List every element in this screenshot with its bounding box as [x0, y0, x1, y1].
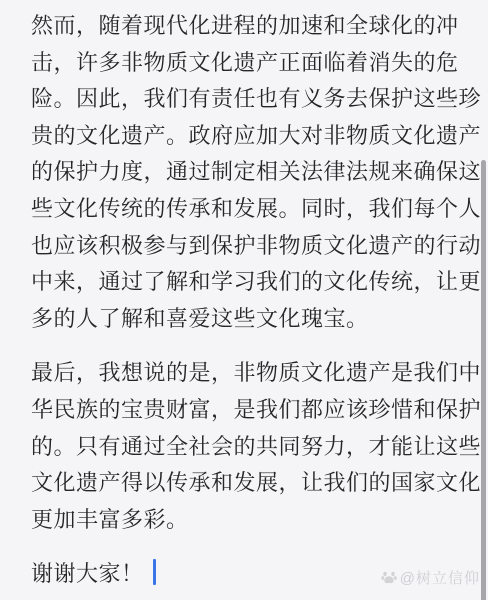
text-line: 多的人了解和喜爱这些文化瑰宝。: [31, 301, 455, 338]
text-line: 华民族的宝贵财富，是我们都应该珍惜和保护: [31, 392, 455, 429]
text-cursor: [153, 559, 156, 585]
scrollbar-thumb[interactable]: [481, 160, 486, 600]
paragraph: 然而，随着现代化进程的加速和全球化的冲击，许多非物质文化遗产正面临着消失的危险。…: [31, 8, 455, 337]
text-line: 更加丰富多彩。: [31, 502, 455, 539]
text-line: 些文化传统的传承和发展。同时，我们每个人: [31, 191, 455, 228]
text-line: 文化遗产得以传承和发展，让我们的国家文化: [31, 465, 455, 502]
document-text[interactable]: 然而，随着现代化进程的加速和全球化的冲击，许多非物质文化遗产正面临着消失的危险。…: [31, 8, 455, 593]
text-line: 贵的文化遗产。政府应加大对非物质文化遗产: [31, 118, 455, 155]
text-line: 然而，随着现代化进程的加速和全球化的冲: [31, 8, 455, 45]
paragraph: 最后，我想说的是，非物质文化遗产是我们中华民族的宝贵财富，是我们都应该珍惜和保护…: [31, 355, 455, 538]
text-line: 险。因此，我们有责任也有义务去保护这些珍: [31, 81, 455, 118]
text-line: 最后，我想说的是，非物质文化遗产是我们中: [31, 355, 455, 392]
text-line: 的。只有通过全社会的共同努力，才能让这些: [31, 429, 455, 466]
text-line: 也应该积极参与到保护非物质文化遗产的行动: [31, 228, 455, 265]
text-line: 谢谢大家！: [31, 556, 455, 593]
text-line: 击，许多非物质文化遗产正面临着消失的危: [31, 45, 455, 82]
text-line: 中来，通过了解和学习我们的文化传统，让更: [31, 264, 455, 301]
document-editor: 然而，随着现代化进程的加速和全球化的冲击，许多非物质文化遗产正面临着消失的危险。…: [0, 0, 488, 600]
paragraph: 谢谢大家！: [31, 556, 455, 593]
text-line: 的保护力度，通过制定相关法律法规来确保这: [31, 154, 455, 191]
